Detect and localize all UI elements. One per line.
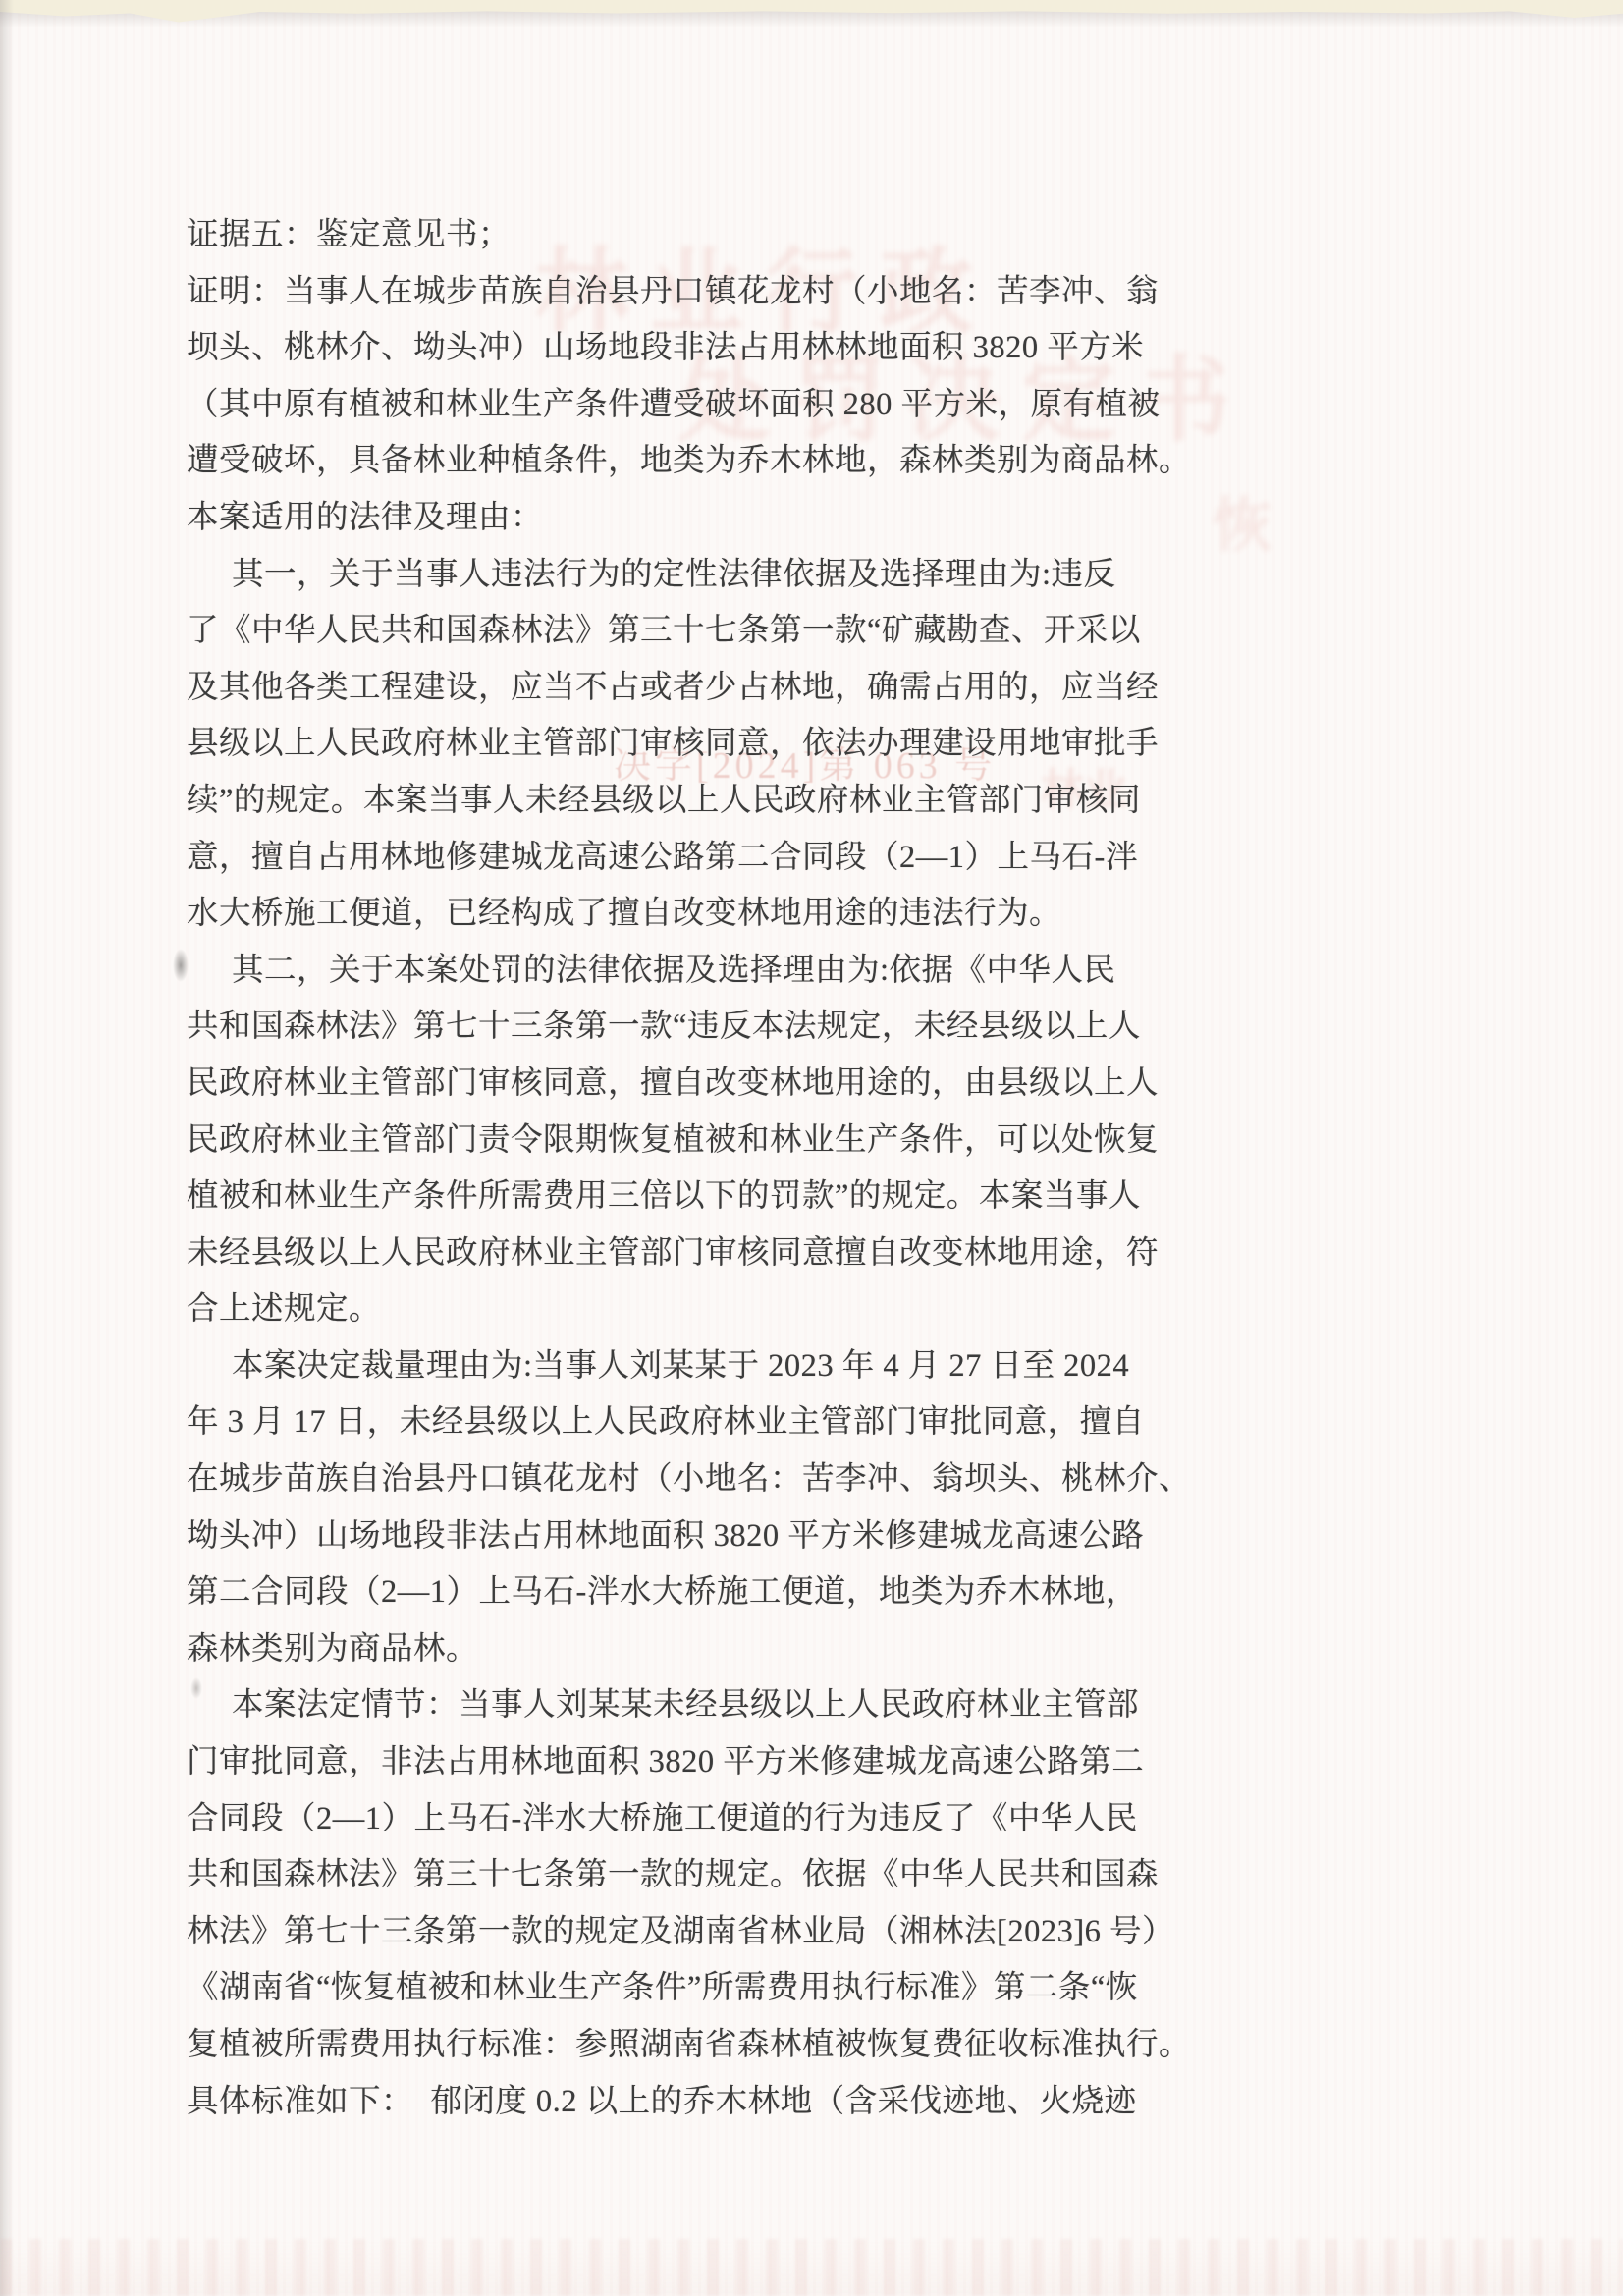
- text-line-16: 民政府林业主管部门审核同意，擅自改变林地用途的，由县级以上人: [187, 1056, 1178, 1113]
- text-line-3: 坝头、桃林介、坳头冲）山场地段非法占用林林地面积 3820 平方米: [187, 320, 1178, 377]
- text-line-22: 年 3 月 17 日，未经县级以上人民政府林业主管部门审批同意，擅自: [187, 1394, 1178, 1451]
- text-line-14: 其二，关于本案处罚的法律依据及选择理由为:依据《中华人民: [187, 943, 1178, 1000]
- text-line-17: 民政府林业主管部门责令限期恢复植被和林业生产条件，可以处恢复: [187, 1113, 1178, 1170]
- text-line-18: 植被和林业生产条件所需费用三倍以下的罚款”的规定。本案当事人: [187, 1169, 1178, 1226]
- text-line-32: 《湖南省“恢复植被和林业生产条件”所需费用执行标准》第二条“恢: [187, 1960, 1178, 2017]
- text-line-26: 森林类别为商品林。: [187, 1621, 1178, 1678]
- scan-speck: [190, 1677, 202, 1699]
- text-line-27: 本案法定情节：当事人刘某某未经县级以上人民政府林业主管部: [187, 1677, 1178, 1734]
- text-line-2: 证明：当事人在城步苗族自治县丹口镇花龙村（小地名：苦李冲、翁: [187, 264, 1178, 321]
- bleedthrough-mid-fragment: 恢: [1213, 479, 1271, 564]
- scan-left-edge-shade: [0, 0, 14, 2296]
- text-line-34: 具体标准如下： 郁闭度 0.2 以上的乔木林地（含采伐迹地、火烧迹: [187, 2074, 1178, 2131]
- text-line-25: 第二合同段（2—1）上马石-泮水大桥施工便道，地类为乔木林地，: [187, 1564, 1178, 1621]
- text-line-15: 共和国森林法》第七十三条第一款“违反本法规定，未经县级以上人: [187, 999, 1178, 1056]
- text-line-8: 了《中华人民共和国森林法》第三十七条第一款“矿藏勘查、开采以: [187, 603, 1178, 660]
- scan-speck: [173, 949, 189, 982]
- text-line-21: 本案决定裁量理由为:当事人刘某某于 2023 年 4 月 27 日至 2024: [187, 1339, 1178, 1395]
- text-line-30: 共和国森林法》第三十七条第一款的规定。依据《中华人民共和国森: [187, 1847, 1178, 1904]
- text-line-10: 县级以上人民政府林业主管部门审核同意，依法办理建设用地审批手: [187, 716, 1178, 773]
- scanned-page: 林业行政 处罚决定书 恢 决字[2024]第 063 号 林业 证据五：鉴定意见…: [0, 0, 1623, 2296]
- scan-bottom-bleed-streaks: [0, 2239, 1623, 2296]
- text-line-4: （其中原有植被和林业生产条件遭受破坏面积 280 平方米，原有植被: [187, 377, 1178, 434]
- text-line-11: 续”的规定。本案当事人未经县级以上人民政府林业主管部门审核同: [187, 773, 1178, 830]
- text-line-29: 合同段（2—1）上马石-泮水大桥施工便道的行为违反了《中华人民: [187, 1791, 1178, 1848]
- text-line-13: 水大桥施工便道，已经构成了擅自改变林地用途的违法行为。: [187, 886, 1178, 943]
- text-line-33: 复植被所需费用执行标准：参照湖南省森林植被恢复费征收标准执行。: [187, 2017, 1178, 2074]
- text-line-20: 合上述规定。: [187, 1282, 1178, 1339]
- text-line-19: 未经县级以上人民政府林业主管部门审核同意擅自改变林地用途，符: [187, 1226, 1178, 1283]
- text-line-1: 证据五：鉴定意见书；: [187, 207, 1178, 264]
- text-line-23: 在城步苗族自治县丹口镇花龙村（小地名：苦李冲、翁坝头、桃林介、: [187, 1451, 1178, 1508]
- text-line-7: 其一，关于当事人违法行为的定性法律依据及选择理由为:违反: [187, 547, 1178, 604]
- text-line-24: 坳头冲）山场地段非法占用林地面积 3820 平方米修建城龙高速公路: [187, 1508, 1178, 1565]
- text-line-28: 门审批同意，非法占用林地面积 3820 平方米修建城龙高速公路第二: [187, 1734, 1178, 1791]
- text-line-31: 林法》第七十三条第一款的规定及湖南省林业局（湘林法[2023]6 号）: [187, 1904, 1178, 1961]
- document-body: 证据五：鉴定意见书； 证明：当事人在城步苗族自治县丹口镇花龙村（小地名：苦李冲、…: [187, 207, 1178, 2130]
- text-line-5: 遭受破坏，具备林业种植条件，地类为乔木林地，森林类别为商品林。: [187, 433, 1178, 490]
- text-line-12: 意，擅自占用林地修建城龙高速公路第二合同段（2—1）上马石-泮: [187, 830, 1178, 887]
- text-line-9: 及其他各类工程建设，应当不占或者少占林地，确需占用的，应当经: [187, 660, 1178, 717]
- text-line-6: 本案适用的法律及理由：: [187, 490, 1178, 547]
